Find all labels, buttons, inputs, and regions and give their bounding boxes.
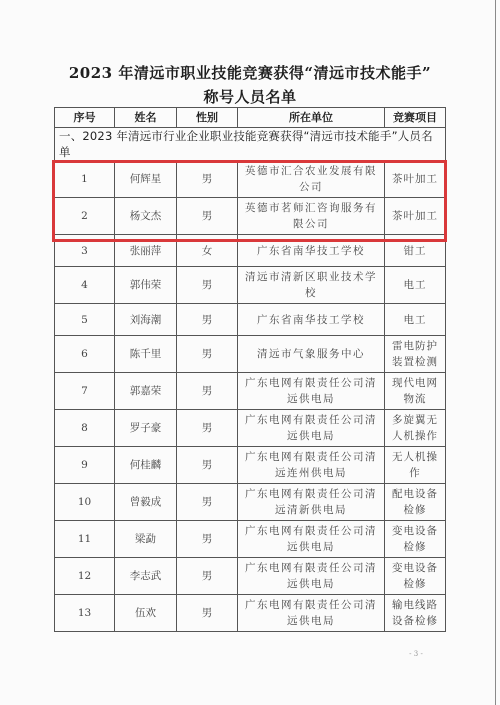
cell-name: 刘海潮 <box>115 304 177 336</box>
header-no: 序号 <box>55 108 115 128</box>
cell-no: 8 <box>55 410 115 447</box>
cell-name: 杨文杰 <box>115 198 177 235</box>
cell-name: 曾毅成 <box>115 484 177 521</box>
table-header-row: 序号 姓名 性别 所在单位 竞赛项目 <box>55 108 446 128</box>
cell-gender: 男 <box>177 484 238 521</box>
cell-name: 李志武 <box>115 558 177 595</box>
cell-name: 伍欢 <box>115 595 177 632</box>
table-row: 5 刘海潮 男 广东省南华技工学校 电工 <box>55 304 446 336</box>
table-row: 8 罗子豪 男 广东电网有限责任公司清远供电局 多旋翼无人机操作 <box>55 410 446 447</box>
cell-name: 何辉星 <box>115 161 177 198</box>
cell-no: 5 <box>55 304 115 336</box>
cell-name: 郭伟荣 <box>115 267 177 304</box>
table-row: 6 陈千里 男 清远市气象服务中心 雷电防护装置检测 <box>55 336 446 373</box>
cell-no: 3 <box>55 235 115 267</box>
cell-unit: 英德市茗师汇咨询服务有限公司 <box>238 198 385 235</box>
cell-gender: 男 <box>177 161 238 198</box>
table-row: 12 李志武 男 广东电网有限责任公司清远供电局 变电设备检修 <box>55 558 446 595</box>
cell-unit: 广东电网有限责任公司清远供电局 <box>238 373 385 410</box>
cell-no: 6 <box>55 336 115 373</box>
cell-no: 12 <box>55 558 115 595</box>
cell-item: 茶叶加工 <box>385 198 446 235</box>
cell-no: 4 <box>55 267 115 304</box>
cell-no: 9 <box>55 447 115 484</box>
cell-unit: 清远市清新区职业技术学校 <box>238 267 385 304</box>
cell-unit: 广东电网有限责任公司清远供电局 <box>238 595 385 632</box>
cell-unit: 广东省南华技工学校 <box>238 235 385 267</box>
cell-unit: 广东省南华技工学校 <box>238 304 385 336</box>
cell-item: 钳工 <box>385 235 446 267</box>
section-heading: 一、2023 年清远市行业企业职业技能竞赛获得“清远市技术能手”人员名单 <box>55 128 446 161</box>
cell-unit: 广东电网有限责任公司清远清新供电局 <box>238 484 385 521</box>
cell-item: 变电设备检修 <box>385 558 446 595</box>
table-row: 7 郭嘉荣 男 广东电网有限责任公司清远供电局 现代电网物流 <box>55 373 446 410</box>
cell-item: 电工 <box>385 267 446 304</box>
header-unit: 所在单位 <box>238 108 385 128</box>
cell-item: 多旋翼无人机操作 <box>385 410 446 447</box>
cell-gender: 男 <box>177 373 238 410</box>
table-row: 10 曾毅成 男 广东电网有限责任公司清远清新供电局 配电设备检修 <box>55 484 446 521</box>
cell-unit: 清远市气象服务中心 <box>238 336 385 373</box>
cell-gender: 男 <box>177 521 238 558</box>
cell-item: 茶叶加工 <box>385 161 446 198</box>
header-item: 竞赛项目 <box>385 108 446 128</box>
cell-unit: 英德市汇合农业发展有限公司 <box>238 161 385 198</box>
cell-gender: 男 <box>177 267 238 304</box>
cell-item: 现代电网物流 <box>385 373 446 410</box>
document-title-line2: 称号人员名单 <box>0 86 500 107</box>
header-name: 姓名 <box>115 108 177 128</box>
table-row: 3 张丽萍 女 广东省南华技工学校 钳工 <box>55 235 446 267</box>
cell-unit: 广东电网有限责任公司清远连州供电局 <box>238 447 385 484</box>
roster-table: 序号 姓名 性别 所在单位 竞赛项目 一、2023 年清远市行业企业职业技能竞赛… <box>54 107 446 632</box>
cell-no: 13 <box>55 595 115 632</box>
cell-item: 输电线路设备检修 <box>385 595 446 632</box>
table-row: 4 郭伟荣 男 清远市清新区职业技术学校 电工 <box>55 267 446 304</box>
cell-item: 无人机操作 <box>385 447 446 484</box>
cell-item: 电工 <box>385 304 446 336</box>
cell-gender: 男 <box>177 595 238 632</box>
section-heading-row: 一、2023 年清远市行业企业职业技能竞赛获得“清远市技术能手”人员名单 <box>55 128 446 161</box>
document-title-line1: 2023 年清远市职业技能竞赛获得“清远市技术能手” <box>0 62 500 83</box>
cell-no: 2 <box>55 198 115 235</box>
cell-gender: 男 <box>177 447 238 484</box>
cell-gender: 男 <box>177 558 238 595</box>
page-number: - 3 - <box>400 650 432 658</box>
cell-no: 10 <box>55 484 115 521</box>
table-row: 2 杨文杰 男 英德市茗师汇咨询服务有限公司 茶叶加工 <box>55 198 446 235</box>
table-row: 9 何桂麟 男 广东电网有限责任公司清远连州供电局 无人机操作 <box>55 447 446 484</box>
cell-gender: 男 <box>177 410 238 447</box>
cell-name: 罗子豪 <box>115 410 177 447</box>
cell-gender: 男 <box>177 198 238 235</box>
cell-no: 7 <box>55 373 115 410</box>
header-gender: 性别 <box>177 108 238 128</box>
cell-unit: 广东电网有限责任公司清远供电局 <box>238 558 385 595</box>
cell-name: 张丽萍 <box>115 235 177 267</box>
cell-item: 雷电防护装置检测 <box>385 336 446 373</box>
cell-no: 1 <box>55 161 115 198</box>
cell-unit: 广东电网有限责任公司清远供电局 <box>238 410 385 447</box>
cell-no: 11 <box>55 521 115 558</box>
cell-gender: 女 <box>177 235 238 267</box>
cell-name: 何桂麟 <box>115 447 177 484</box>
cell-item: 配电设备检修 <box>385 484 446 521</box>
cell-gender: 男 <box>177 304 238 336</box>
table-row: 11 梁勐 男 广东电网有限责任公司清远供电局 变电设备检修 <box>55 521 446 558</box>
table-row: 13 伍欢 男 广东电网有限责任公司清远供电局 输电线路设备检修 <box>55 595 446 632</box>
cell-name: 郭嘉荣 <box>115 373 177 410</box>
cell-name: 陈千里 <box>115 336 177 373</box>
table-row: 1 何辉星 男 英德市汇合农业发展有限公司 茶叶加工 <box>55 161 446 198</box>
cell-gender: 男 <box>177 336 238 373</box>
cell-item: 变电设备检修 <box>385 521 446 558</box>
cell-unit: 广东电网有限责任公司清远供电局 <box>238 521 385 558</box>
cell-name: 梁勐 <box>115 521 177 558</box>
